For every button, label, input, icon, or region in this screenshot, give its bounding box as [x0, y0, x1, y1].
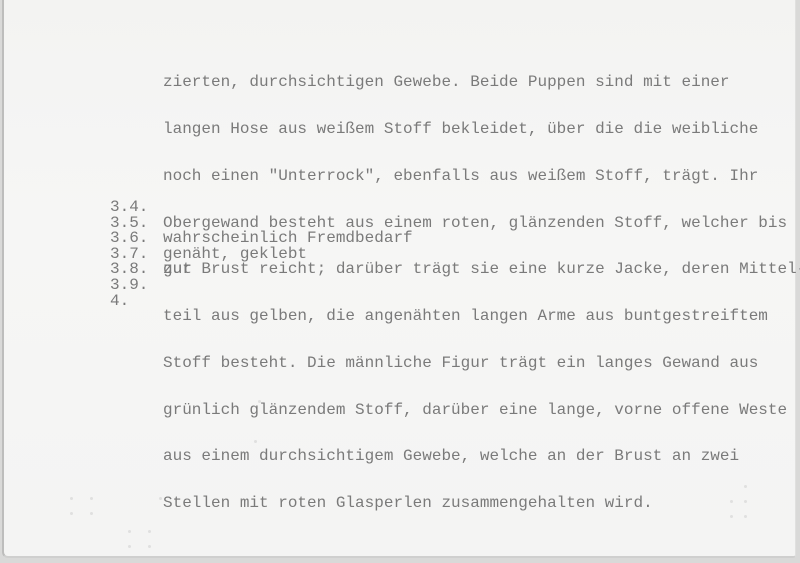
emboss-dot	[90, 512, 93, 515]
text-line: zierten, durchsichtigen Gewebe. Beide Pu…	[163, 75, 800, 91]
typewritten-page: zierten, durchsichtigen Gewebe. Beide Pu…	[2, 0, 796, 558]
list-item: 3.8. gut	[110, 262, 413, 278]
text-line: aus einem durchsichtigem Gewebe, welche …	[163, 449, 800, 465]
emboss-dot	[730, 515, 733, 518]
emboss-dot	[258, 400, 261, 403]
item-value: gut	[163, 262, 192, 278]
text-line: langen Hose aus weißem Stoff bekleidet, …	[163, 122, 800, 138]
text-line: noch einen "Unterrock", ebenfalls aus we…	[163, 169, 800, 185]
emboss-dot	[744, 485, 747, 488]
item-number: 4.	[110, 294, 163, 310]
list-item: 4.	[110, 294, 413, 310]
text-line: Stellen mit roten Glasperlen zusammengeh…	[163, 496, 800, 512]
emboss-dot	[128, 530, 131, 533]
emboss-dot	[148, 530, 151, 533]
list-item: 3.9.	[110, 278, 413, 294]
emboss-dot	[70, 512, 73, 515]
emboss-dot	[744, 500, 747, 503]
emboss-dot	[254, 440, 257, 443]
emboss-dot	[744, 515, 747, 518]
numbered-fields-list: 3.4. 3.5. 3.6. wahrscheinlich Fremdbedar…	[110, 200, 413, 309]
text-line: grünlich glänzendem Stoff, darüber eine …	[163, 403, 800, 419]
emboss-dot	[148, 545, 151, 548]
list-item: 3.7. genäht, geklebt	[110, 247, 413, 263]
emboss-dot	[90, 497, 93, 500]
text-line: teil aus gelben, die angenähten langen A…	[163, 309, 800, 325]
emboss-dot	[70, 497, 73, 500]
text-line: Stoff besteht. Die männliche Figur trägt…	[163, 356, 800, 372]
emboss-dot	[159, 497, 162, 500]
list-item: 3.4.	[110, 200, 413, 216]
emboss-dot	[128, 545, 131, 548]
emboss-dot	[730, 500, 733, 503]
